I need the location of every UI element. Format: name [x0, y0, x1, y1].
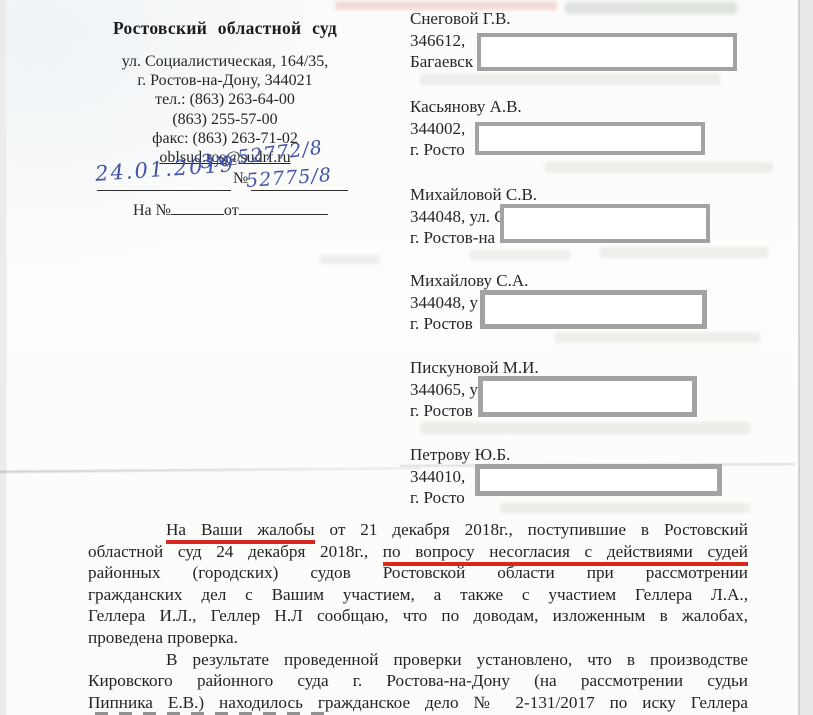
handwritten-number-bottom: 52775/8 — [245, 164, 332, 192]
body-text-segment: Кировского районного суда г. Ростова-на-… — [88, 671, 748, 690]
recipient-index-text: 344048, у — [410, 293, 478, 312]
body-line: На Ваши жалобы от 21 декабря 2018г., пос… — [88, 519, 748, 541]
bleed-through-artifact — [320, 255, 380, 264]
recipient-index-text: 344010, — [410, 467, 465, 486]
body-line: В результате проведенной проверки устано… — [88, 649, 748, 671]
recipient-name: Петрову Ю.Б. — [410, 444, 760, 466]
blank-underline — [171, 200, 224, 215]
bleed-through-artifact — [420, 422, 750, 434]
blank-line — [97, 190, 231, 191]
blank-underline — [239, 200, 328, 215]
body-text-segment: В результате проведенной проверки устано… — [166, 650, 748, 669]
body-text-segment: районных (городских) судов Ростовской об… — [88, 563, 748, 582]
bleed-through-artifact — [420, 74, 720, 85]
body-line: Кировского районного суда г. Ростова-на-… — [88, 670, 748, 692]
letter-body: На Ваши жалобы от 21 декабря 2018г., пос… — [88, 519, 748, 713]
redaction-box — [475, 122, 705, 155]
bleed-through-artifact — [470, 250, 570, 260]
recipient-index-text: 346612, — [410, 31, 465, 50]
recipient-index-text: 344048, ул. С — [410, 207, 506, 226]
body-text-segment: Геллера И.Л., Геллер Н.Л сообщаю, что по… — [88, 606, 748, 625]
recipient-name: Снеговой Г.В. — [410, 8, 760, 30]
body-text-segment: Пипника Е.В.) находилось гражданское дел… — [88, 693, 748, 712]
scan-edge-left — [0, 0, 7, 715]
paper-crease — [0, 467, 420, 473]
bleed-through-artifact — [545, 162, 773, 173]
recipient-index-text: 344065, у — [410, 380, 478, 399]
redaction-box — [478, 376, 697, 417]
cut-off-text-line — [95, 712, 335, 715]
redaction-box — [500, 204, 710, 243]
body-text-segment: от 21 декабря 2018г., поступившие в Рост… — [315, 520, 748, 539]
body-line: Геллера И.Л., Геллер Н.Л сообщаю, что по… — [88, 605, 748, 627]
body-line: районных (городских) судов Ростовской об… — [88, 562, 748, 584]
reference-ot: от — [224, 202, 239, 219]
recipient-name: Михайлову С.А. — [410, 270, 760, 292]
recipient-index-text: 344002, — [410, 119, 465, 138]
scanned-letter-page: Ростовский областной суд ул. Социалистич… — [0, 0, 813, 715]
recipient-name: Касьянову А.В. — [410, 96, 760, 118]
blank-line — [251, 190, 348, 191]
body-line: Пипника Е.В.) находилось гражданское дел… — [88, 692, 748, 714]
reference-line: На №от — [133, 200, 328, 220]
reference-na-no: На № — [133, 202, 171, 219]
body-text-segment: проведена проверка. — [88, 628, 238, 647]
address-line: тел.: (863) 263-64-00 — [96, 90, 354, 109]
scan-edge-right — [798, 0, 813, 715]
body-line: гражданских дел с Вашим участием, а такж… — [88, 584, 748, 606]
recipient-name: Михайловой С.В. — [410, 184, 760, 206]
address-line: (863) 255-57-00 — [96, 110, 354, 129]
body-line: областной суд 24 декабря 2018г., по вопр… — [88, 541, 748, 563]
redaction-box — [477, 33, 737, 71]
redaction-box — [480, 290, 707, 329]
redaction-box — [475, 464, 722, 496]
body-text-segment: областной суд 24 декабря 2018г., — [88, 542, 383, 561]
bleed-through-artifact — [600, 247, 768, 258]
court-address-block: ул. Социалистическая, 164/35,г. Ростов-н… — [96, 52, 354, 148]
address-line: ул. Социалистическая, 164/35, — [96, 52, 354, 71]
body-line: проведена проверка. — [88, 627, 748, 649]
address-line: г. Ростов-на-Дону, 344021 — [96, 71, 354, 90]
court-name: Ростовский областной суд — [96, 18, 354, 39]
body-text-segment: гражданских дел с Вашим участием, а такж… — [88, 585, 748, 604]
